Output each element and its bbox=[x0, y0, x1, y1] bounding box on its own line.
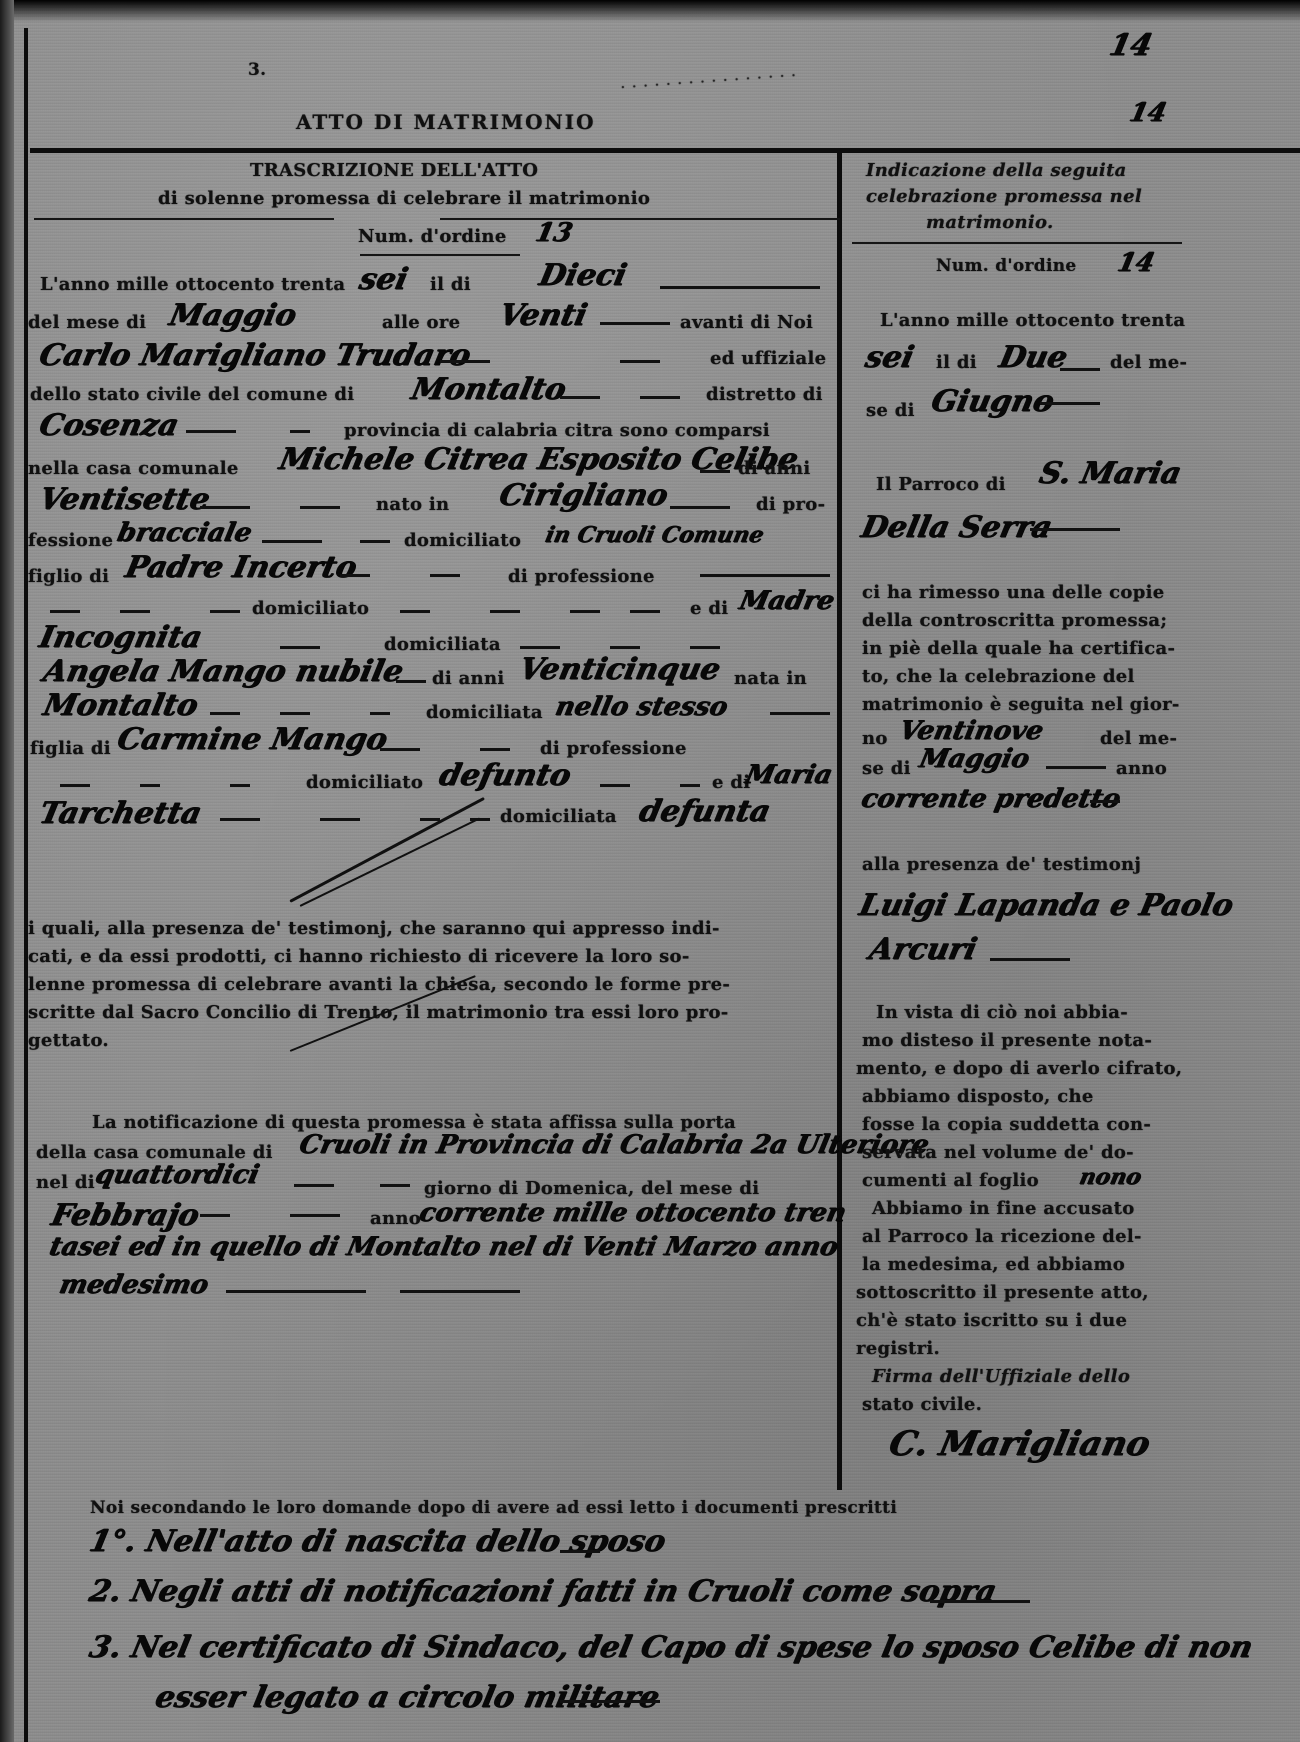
order-number-label: Num. d'ordine bbox=[358, 226, 507, 247]
corner-number: 14 bbox=[1127, 98, 1170, 128]
scan-top-shadow bbox=[0, 0, 1300, 22]
cancellation-stroke bbox=[289, 797, 485, 903]
footer-item-2: 2. Negli atti di notificazioni fatti in … bbox=[86, 1574, 999, 1609]
page-number: 14 bbox=[1106, 28, 1155, 63]
subtitle-promise: di solenne promessa di celebrare il matr… bbox=[158, 188, 650, 209]
subtitle-rule-left bbox=[34, 218, 334, 220]
top-mark: 3. bbox=[248, 60, 266, 80]
document-page: 3. 14 14 · · · · · · · · · · · · · · · ·… bbox=[0, 0, 1300, 1742]
right-order-value: 14 bbox=[1115, 248, 1158, 278]
header-rule bbox=[30, 148, 1300, 153]
column-divider bbox=[837, 150, 842, 1490]
scan-left-edge bbox=[0, 0, 14, 1742]
left-margin-rule bbox=[24, 28, 28, 1742]
right-header-line-2: celebrazione promessa nel bbox=[866, 186, 1142, 207]
subtitle-transcription: TRASCRIZIONE DELL'ATTO bbox=[250, 160, 538, 181]
folio-number: nono bbox=[1077, 1164, 1144, 1190]
right-header-rule bbox=[852, 242, 1182, 244]
order-rule bbox=[360, 254, 520, 256]
subtitle-rule-right bbox=[440, 218, 840, 220]
footer-item-3-continued: esser legato a circolo militare bbox=[152, 1680, 662, 1715]
right-header-line-3: matrimonio. bbox=[926, 212, 1054, 233]
footer-statement: Noi secondando le loro domande dopo di a… bbox=[90, 1498, 897, 1518]
document-title: ATTO DI MATRIMONIO bbox=[296, 110, 596, 134]
footer-item-1-dash bbox=[560, 1550, 600, 1553]
right-header-line-1: Indicazione della seguita bbox=[866, 160, 1127, 181]
footer-item-3: 3. Nel certificato di Sindaco, del Capo … bbox=[86, 1630, 1256, 1665]
order-number-value: 13 bbox=[533, 218, 576, 248]
right-order-label: Num. d'ordine bbox=[936, 256, 1077, 276]
officer-signature: C. Marigliano bbox=[886, 1424, 1154, 1464]
cancellation-stroke-2 bbox=[300, 817, 481, 906]
footer-item-3-dash bbox=[560, 1700, 660, 1703]
footer-item-2-dash bbox=[930, 1600, 1030, 1603]
footer-item-1: 1°. Nell'atto di nascita dello sposo bbox=[86, 1524, 669, 1559]
faint-bleed-text: · · · · · · · · · · · · · · · · bbox=[620, 66, 798, 98]
